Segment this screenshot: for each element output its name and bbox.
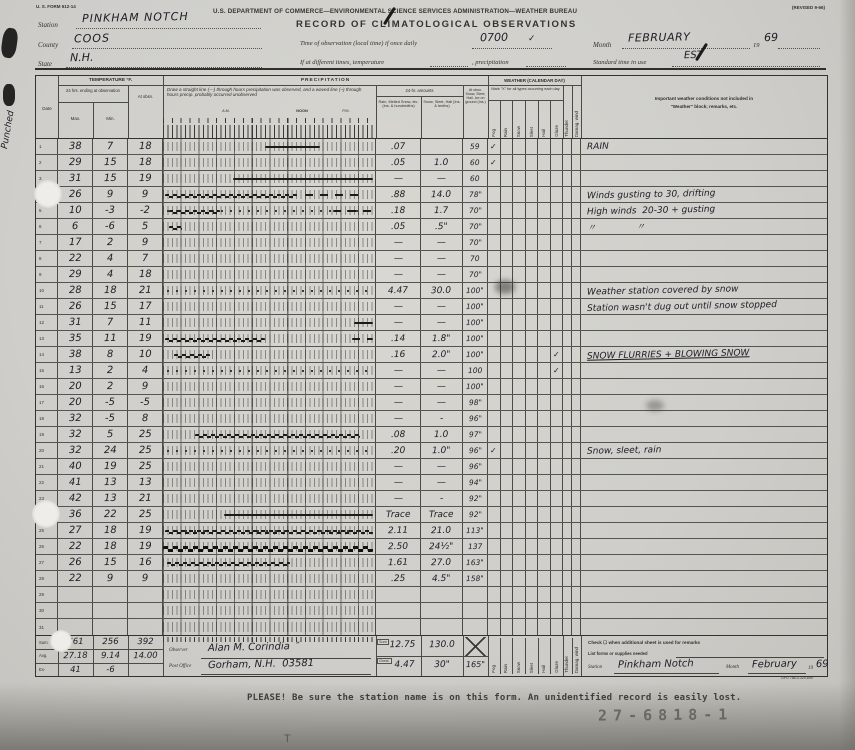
at-obsn-temp-cell: 9	[128, 187, 163, 202]
rain-sum-value: 12.75	[384, 640, 421, 651]
weather-check-cell	[551, 603, 564, 618]
precip-hours-chart-cell	[163, 171, 376, 186]
at-obsn-temp-cell: 5	[128, 219, 163, 234]
max-temp-cell: 29	[58, 267, 93, 282]
day-cell: 21	[36, 459, 58, 474]
weather-extra-cell	[563, 603, 572, 618]
rain-amount-cell: —	[376, 251, 421, 266]
weather-extra-cell	[572, 219, 581, 234]
max-temp-cell: 41	[58, 475, 93, 490]
weather-check-cell	[538, 411, 551, 426]
weather-check-cell	[551, 315, 564, 330]
weather-check-cell	[526, 603, 539, 618]
remarks-cell: RAIN	[581, 139, 827, 154]
weather-check-cell	[488, 427, 501, 442]
weather-check-cell	[513, 459, 526, 474]
at-obsn-temp-cell: 19	[128, 539, 163, 554]
table-row: 30	[36, 603, 827, 619]
day-cell: 13	[36, 331, 58, 346]
weather-check-cell	[538, 379, 551, 394]
day-cell: 14	[36, 347, 58, 362]
precip-hours-chart-cell	[163, 475, 376, 490]
remarks-cell	[581, 331, 827, 346]
day-cell: 15	[36, 363, 58, 378]
precip-hours-chart-cell	[163, 443, 376, 458]
weather-type-label: Hail	[539, 100, 552, 138]
snow-on-ground-cell: 70	[463, 251, 488, 266]
remarks-cell	[581, 539, 827, 554]
weather-check-cell: ✓	[488, 155, 501, 170]
min-temp-cell: 13	[93, 475, 128, 490]
weather-extra-cell	[572, 603, 581, 618]
weather-check-cell	[551, 395, 564, 410]
at-obsn-temp-cell	[128, 587, 163, 602]
table-row: 8 22 4 7 — — 70	[36, 251, 827, 267]
precip-hours-chart-cell	[163, 555, 376, 570]
weather-check-cell	[526, 315, 539, 330]
month-leader-line	[622, 47, 750, 49]
table-row: 2 29 15 18 .05 1.0 60 ✓	[36, 155, 827, 171]
snow-amount-cell: 2.0"	[421, 347, 463, 362]
weather-check-cell	[488, 219, 501, 234]
table-row: 5 10 -3 -2 .18 1.7 70" High winds 20-30 …	[36, 203, 827, 219]
weather-check-cell	[538, 155, 551, 170]
weather-check-cell	[488, 619, 501, 635]
weather-check-cell	[526, 267, 539, 282]
station-leader-line	[76, 27, 261, 29]
table-row: 7 17 2 9 — — 70"	[36, 235, 827, 251]
weather-check-cell	[538, 507, 551, 522]
table-row: 22 41 13 13 — — 94"	[36, 475, 827, 491]
snow-amount-cell: —	[421, 475, 463, 490]
weather-extra-cell	[572, 139, 581, 154]
at-obsn-temp-cell: 18	[128, 267, 163, 282]
weather-extra-cell	[572, 331, 581, 346]
max-temp-cell: 38	[58, 139, 93, 154]
precip-hours-chart-cell	[163, 587, 376, 602]
summary-station-underline	[614, 672, 719, 674]
snow-on-ground-cell: 163"	[463, 555, 488, 570]
min-temp-cell: 15	[93, 171, 128, 186]
remarks-cell	[581, 251, 827, 266]
weather-check-cell	[501, 507, 514, 522]
table-row: 12 31 7 11 — — 100"	[36, 315, 827, 331]
remarks-cell	[581, 171, 827, 186]
remarks-cell	[581, 379, 827, 394]
weather-check-cell	[526, 619, 539, 635]
snow-on-ground-cell: 100"	[463, 299, 488, 314]
weather-check-cell	[538, 347, 551, 362]
precip-hours-chart-cell	[163, 283, 376, 298]
form-number: U. S. FORM 612-14	[36, 4, 76, 9]
snow-on-ground-cell: 59	[463, 139, 488, 154]
weather-extra-cell	[563, 619, 572, 635]
snow-sum-value: 130.0	[421, 640, 463, 651]
rain-amount-cell	[376, 587, 421, 602]
precip-hours-chart-cell	[163, 395, 376, 410]
weather-check-cell	[501, 171, 514, 186]
weather-check-cell	[513, 203, 526, 218]
extreme-max: 41	[58, 665, 93, 676]
day-cell: 18	[36, 411, 58, 426]
table-row: 11 26 15 17 — — 100" Station wasn't dug …	[36, 299, 827, 315]
weather-check-cell	[551, 491, 564, 506]
remarks-cell: High winds 20-30 + gusting	[581, 203, 827, 218]
weather-check-cell	[488, 363, 501, 378]
snow-on-ground-cell	[463, 603, 488, 618]
weather-check-cell	[501, 491, 514, 506]
weather-check-cell	[488, 539, 501, 554]
table-row: 31	[36, 619, 827, 635]
weather-check-cell: ✓	[551, 347, 564, 362]
snow-amount-cell: —	[421, 235, 463, 250]
weather-check-cell	[551, 219, 564, 234]
revised-note: (REVISED 9-66)	[792, 5, 825, 10]
weather-check-cell	[526, 155, 539, 170]
weather-check-cell	[538, 187, 551, 202]
max-temp-cell: 26	[58, 299, 93, 314]
weather-check-cell	[538, 523, 551, 538]
county-value: COOS	[74, 32, 110, 46]
weather-check-cell	[488, 379, 501, 394]
weather-check-cell	[513, 571, 526, 586]
remarks-cell	[581, 235, 827, 250]
am-label: A.M.	[216, 109, 236, 113]
weather-check-cell	[513, 619, 526, 635]
weather-check-cell	[551, 203, 564, 218]
date-column-header: Date	[36, 106, 58, 111]
snow-on-ground-cell: 96"	[463, 459, 488, 474]
table-row: 19 32 5 25 .08 1.0 97"	[36, 427, 827, 443]
min-temp-cell: 4	[93, 267, 128, 282]
weather-check-cell	[526, 427, 539, 442]
max-temp-cell: 32	[58, 411, 93, 426]
day-cell: 2	[36, 155, 58, 170]
weather-extra-cell	[572, 171, 581, 186]
max-temp-cell: 20	[58, 379, 93, 394]
weather-check-cell	[513, 475, 526, 490]
snow-amount-cell: -	[421, 491, 463, 506]
weather-check-cell	[526, 539, 539, 554]
remarks-cell	[581, 507, 827, 522]
min-temp-cell: 9	[93, 187, 128, 202]
weather-check-cell	[513, 267, 526, 282]
weather-check-cell	[488, 571, 501, 586]
weather-check-cell	[538, 587, 551, 602]
weather-check-cell	[526, 219, 539, 234]
weather-sub-header: Mark "X" for all types occurring each da…	[490, 87, 561, 91]
weather-type-label: Glaze	[551, 638, 563, 674]
rain-amount-cell: 1.61	[376, 555, 421, 570]
weather-check-cell	[488, 459, 501, 474]
min-temp-cell: 19	[93, 459, 128, 474]
ink-smudge	[495, 280, 515, 294]
max-temp-cell: 28	[58, 283, 93, 298]
weather-check-cell	[501, 523, 514, 538]
weather-type-label: Snow	[513, 638, 526, 674]
min-temp-cell: 24	[93, 443, 128, 458]
weather-check-cell	[526, 363, 539, 378]
remarks-cell	[581, 155, 827, 170]
weather-extra-cell	[572, 587, 581, 602]
snow-amount-cell: Trace	[421, 507, 463, 522]
weather-check-cell	[526, 443, 539, 458]
weather-extra-cell	[572, 299, 581, 314]
table-row: 16 20 2 9 — — 100"	[36, 379, 827, 395]
day-cell: 20	[36, 443, 58, 458]
snow-on-ground-cell: 70"	[463, 219, 488, 234]
weather-extra-cell	[572, 187, 581, 202]
min-temp-cell: 5	[93, 427, 128, 442]
weather-check-cell	[538, 251, 551, 266]
weather-check-cell	[526, 347, 539, 362]
weather-extra-cell	[563, 171, 572, 186]
snow-amount-cell: 1.0	[421, 427, 463, 442]
weather-check-cell	[513, 523, 526, 538]
min-temp-cell: 18	[93, 523, 128, 538]
snow-amount-cell: —	[421, 315, 463, 330]
weather-check-cell	[551, 139, 564, 154]
snow-amount-cell	[421, 619, 463, 635]
weather-extra-cell	[572, 395, 581, 410]
weather-check-cell	[501, 555, 514, 570]
day-cell: 11	[36, 299, 58, 314]
weather-type-label: Snow	[513, 100, 526, 138]
ground-column-header: At obsn. Snow, Sleet, Hail, Ice on groun…	[464, 88, 487, 104]
table-row: 9 29 4 18 — — 70"	[36, 267, 827, 283]
month-value: FEBRUARY	[628, 30, 691, 44]
weather-check-cell	[513, 363, 526, 378]
max-temp-cell: 13	[58, 363, 93, 378]
rain-amount-cell: 4.47	[376, 283, 421, 298]
weather-extra-cell	[563, 299, 572, 314]
weather-check-cell	[501, 155, 514, 170]
weather-extra-cell	[572, 283, 581, 298]
precipitation-header: PRECIPITATION	[163, 78, 488, 83]
precip-hours-chart-cell	[163, 251, 376, 266]
weather-extra-cell	[572, 491, 581, 506]
remarks-header-line2: "Weather" block; remarks, etc.	[596, 104, 812, 109]
weather-extra-cell	[563, 363, 572, 378]
precip-hours-chart-cell	[163, 427, 376, 442]
weather-extra-cell	[572, 251, 581, 266]
weather-extra-cell	[563, 443, 572, 458]
scan-right-shadow	[839, 0, 855, 750]
weather-check-cell	[513, 139, 526, 154]
archive-stamp: 27-6818-1	[598, 705, 733, 724]
max-temp-cell: 20	[58, 395, 93, 410]
snow-amount-cell: 1.8"	[421, 331, 463, 346]
weather-check-cell	[513, 155, 526, 170]
weather-check-cell	[488, 315, 501, 330]
snow-on-ground-cell: 60	[463, 155, 488, 170]
weather-check-cell	[538, 219, 551, 234]
post-office-value: Gorham, N.H. 03581	[208, 658, 314, 671]
snow-on-ground-cell: 100	[463, 363, 488, 378]
min-temp-cell: 15	[93, 555, 128, 570]
max-temp-cell: 22	[58, 539, 93, 554]
station-value: PINKHAM NOTCH	[82, 10, 189, 25]
max-temp-cell: 31	[58, 315, 93, 330]
table-row: 27 26 15 16 1.61 27.0 163"	[36, 555, 827, 571]
rain-amount-cell	[376, 603, 421, 618]
weather-check-cell	[501, 203, 514, 218]
snow-amount-cell: 30.0	[421, 283, 463, 298]
summary-year-value: 69	[816, 659, 829, 670]
weather-check-cell	[551, 459, 564, 474]
weather-check-cell	[488, 555, 501, 570]
weather-extra-cell	[563, 139, 572, 154]
temperature-header: TEMPERATURE °F.	[58, 78, 163, 83]
weather-check-cell	[513, 347, 526, 362]
at-obsn-temp-cell: -2	[128, 203, 163, 218]
precip-hours-chart-cell	[163, 299, 376, 314]
max-column-header: Max.	[58, 116, 93, 121]
extreme-min: -6	[93, 665, 128, 676]
weather-check-cell	[488, 491, 501, 506]
weather-extra-cell	[572, 347, 581, 362]
at-obsn-temp-cell: 25	[128, 507, 163, 522]
at-obsn-column-header: At obsn.	[128, 94, 163, 99]
weather-check-cell	[526, 395, 539, 410]
table-header: Date TEMPERATURE °F. 24 hrs. ending at o…	[36, 76, 827, 139]
weather-extra-cell	[572, 427, 581, 442]
weather-check-cell	[501, 251, 514, 266]
weather-check-cell	[538, 331, 551, 346]
weather-check-cell	[488, 251, 501, 266]
weather-check-cell	[501, 379, 514, 394]
weather-check-cell	[501, 235, 514, 250]
rain-amount-cell: —	[376, 315, 421, 330]
max-temp-cell: 22	[58, 571, 93, 586]
weather-check-cell	[501, 139, 514, 154]
weather-extra-cell	[563, 491, 572, 506]
weather-check-cell	[501, 603, 514, 618]
max-temp-cell: 32	[58, 427, 93, 442]
weather-check-cell	[513, 379, 526, 394]
at-obsn-temp-cell: 18	[128, 155, 163, 170]
ground-greatest-value: 165"	[463, 660, 488, 669]
weather-check-cell	[538, 491, 551, 506]
month-label: Month	[593, 41, 611, 49]
at-obsn-temp-cell: 25	[128, 459, 163, 474]
weather-extra-cell	[572, 235, 581, 250]
min-temp-cell: 7	[93, 315, 128, 330]
weather-check-cell	[551, 187, 564, 202]
county-label: County	[38, 41, 58, 49]
precip-hours-chart-cell	[163, 619, 376, 635]
snow-on-ground-cell: 60	[463, 171, 488, 186]
rain-amount-cell: .05	[376, 219, 421, 234]
remarks-cell: Weather station covered by snow	[581, 283, 827, 298]
precip-hours-chart-cell	[163, 219, 376, 234]
remarks-cell	[581, 363, 827, 378]
weather-check-cell	[538, 427, 551, 442]
weather-extra-cell	[563, 251, 572, 266]
edge-ink-mark	[0, 27, 19, 59]
rain-amount-cell: .05	[376, 155, 421, 170]
remarks-cell	[581, 619, 827, 635]
min-temp-cell: 7	[93, 139, 128, 154]
weather-type-label: Sleet	[526, 638, 539, 674]
remarks-cell: SNOW FLURRIES + BLOWING SNOW	[581, 347, 827, 362]
min-temp-cell: 15	[93, 155, 128, 170]
at-obsn-temp-cell: 19	[128, 331, 163, 346]
remarks-cell	[581, 459, 827, 474]
punch-hole	[34, 180, 62, 208]
weather-type-label: Sleet	[526, 100, 539, 138]
weather-check-cell	[551, 443, 564, 458]
county-leader-line	[72, 47, 262, 49]
snow-on-ground-cell: 70"	[463, 267, 488, 282]
weather-extra-cell	[572, 203, 581, 218]
rain-amount-cell: .18	[376, 203, 421, 218]
weather-check-cell	[538, 475, 551, 490]
summary-month-underline	[748, 672, 806, 674]
punch-hole	[32, 500, 60, 528]
snow-amount-cell: —	[421, 395, 463, 410]
max-temp-cell: 40	[58, 459, 93, 474]
weather-check-cell	[526, 475, 539, 490]
day-cell: 9	[36, 267, 58, 282]
rain-amount-cell: —	[376, 235, 421, 250]
year-value: 69	[764, 31, 778, 44]
weather-check-cell	[526, 203, 539, 218]
snow-on-ground-cell	[463, 619, 488, 635]
sum-atobs: 392	[128, 637, 163, 648]
weather-type-label: Hail	[539, 638, 552, 674]
weather-extra-cell	[563, 555, 572, 570]
temp-sub-header: 24 hrs. ending at observation	[59, 88, 127, 93]
header-rule	[35, 68, 826, 70]
weather-extra-cell	[563, 427, 572, 442]
weather-check-cell	[488, 603, 501, 618]
state-label: State	[38, 60, 52, 68]
weather-check-cell	[551, 251, 564, 266]
weather-header: WEATHER (CALENDAR DAY)	[488, 78, 581, 83]
weather-check-cell	[501, 587, 514, 602]
weather-extra-cell	[572, 267, 581, 282]
weather-type-label: Fog	[488, 638, 501, 674]
at-obsn-temp-cell: 19	[128, 171, 163, 186]
rain-amount-cell: 2.50	[376, 539, 421, 554]
day-cell: 16	[36, 379, 58, 394]
snow-column-header: Snow, Sleet, Hail (Ins. & tenths)	[422, 100, 462, 108]
weather-check-cell: ✓	[551, 363, 564, 378]
weather-check-cell	[513, 171, 526, 186]
weather-extra-cell	[563, 331, 572, 346]
weather-check-cell	[488, 331, 501, 346]
time-obs-label: Time of observation (local time) if once…	[300, 40, 417, 47]
weather-extra-cell	[563, 235, 572, 250]
weather-check-cell	[551, 619, 564, 635]
sum-row-label: Sum	[39, 640, 48, 645]
day-cell: 28	[36, 571, 58, 586]
post-office-label: Post Office	[169, 664, 191, 669]
table-row: 3 31 15 19 — — 60	[36, 171, 827, 187]
remarks-cell: Winds gusting to 30, drifting	[581, 187, 827, 202]
rain-amount-cell: .14	[376, 331, 421, 346]
weather-check-cell	[513, 411, 526, 426]
rain-amount-cell: —	[376, 171, 421, 186]
snow-amount-cell: 1.7	[421, 203, 463, 218]
min-temp-cell: 8	[93, 347, 128, 362]
weather-check-cell	[488, 587, 501, 602]
at-obsn-temp-cell: 9	[128, 235, 163, 250]
precip-hours-chart-cell	[163, 571, 376, 586]
rain-amount-cell: .07	[376, 139, 421, 154]
weather-extra-cell	[572, 155, 581, 170]
